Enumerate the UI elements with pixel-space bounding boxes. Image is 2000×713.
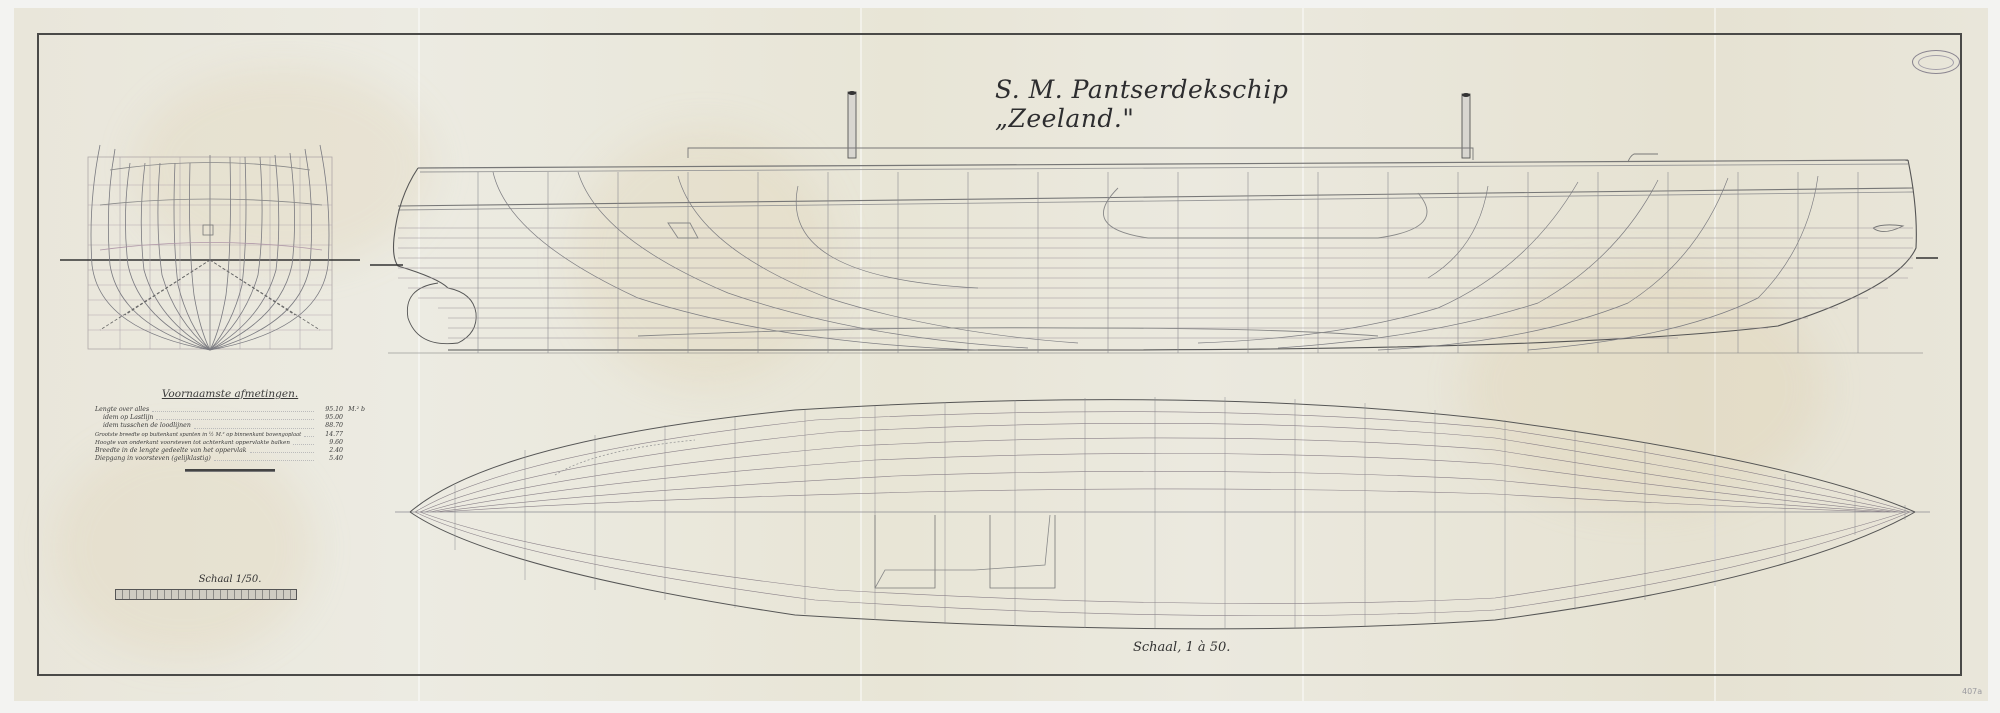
row-label: Lengte over alles bbox=[95, 406, 149, 414]
row-unit bbox=[343, 455, 365, 463]
row-unit bbox=[343, 447, 365, 455]
row-unit bbox=[343, 431, 365, 439]
leader-dots bbox=[194, 422, 314, 428]
row-unit bbox=[343, 414, 365, 422]
body-plan-view bbox=[60, 145, 360, 355]
scale-label-bottom: Schaal, 1 à 50. bbox=[1133, 640, 1230, 655]
table-row: Lengte over alles 95.10 M.² b bbox=[95, 406, 365, 414]
row-label: Breedte in de lengte gedeelte van het op… bbox=[95, 447, 247, 455]
underline-rule bbox=[185, 469, 275, 472]
row-value: 95.00 bbox=[317, 414, 343, 422]
leader-dots bbox=[293, 439, 314, 445]
main-dimensions-table: Voornaamste afmetingen. Lengte over alle… bbox=[95, 388, 365, 472]
leader-dots bbox=[152, 406, 314, 412]
row-value: 88.70 bbox=[317, 422, 343, 430]
leader-dots bbox=[156, 414, 314, 420]
table-row: Hoogte van onderkant voorsteven tot acht… bbox=[95, 439, 365, 447]
scale-label: Schaal 1/50. bbox=[155, 574, 305, 585]
table-row: Breedte in de lengte gedeelte van het op… bbox=[95, 447, 365, 455]
scale-bar bbox=[115, 589, 297, 600]
row-label: Diepgang in voorsteven (gelijklastig) bbox=[95, 455, 211, 463]
table-heading: Voornaamste afmetingen. bbox=[95, 388, 365, 400]
row-label: Grootste breedte op buitenkant spanten i… bbox=[95, 431, 301, 439]
row-value: 95.10 bbox=[317, 406, 343, 414]
leader-dots bbox=[250, 447, 314, 453]
sheer-plan-profile-view bbox=[378, 88, 1938, 353]
table-row: Diepgang in voorsteven (gelijklastig) 5.… bbox=[95, 455, 365, 463]
table-row: idem op Lastlijn 95.00 bbox=[95, 414, 365, 422]
row-unit bbox=[343, 439, 365, 447]
leader-dots bbox=[304, 431, 314, 437]
row-unit bbox=[343, 422, 365, 430]
row-value: 9.60 bbox=[317, 439, 343, 447]
scale-legend-left: Schaal 1/50. bbox=[115, 574, 305, 600]
row-label: idem tusschen de loodlijnen bbox=[95, 422, 191, 430]
row-value: 2.40 bbox=[317, 447, 343, 455]
archive-oval-stamp-icon bbox=[1912, 50, 1960, 74]
archive-corner-mark: 407a bbox=[1962, 687, 1982, 696]
leader-dots bbox=[214, 455, 314, 461]
row-label: Hoogte van onderkant voorsteven tot acht… bbox=[95, 439, 290, 447]
row-label: idem op Lastlijn bbox=[95, 414, 153, 422]
row-value: 14.77 bbox=[317, 431, 343, 439]
table-row: idem tusschen de loodlijnen 88.70 bbox=[95, 422, 365, 430]
row-value: 5.40 bbox=[317, 455, 343, 463]
table-row: Grootste breedte op buitenkant spanten i… bbox=[95, 431, 365, 439]
row-unit: M.² b bbox=[343, 406, 365, 414]
half-breadth-plan-view bbox=[395, 390, 1930, 640]
